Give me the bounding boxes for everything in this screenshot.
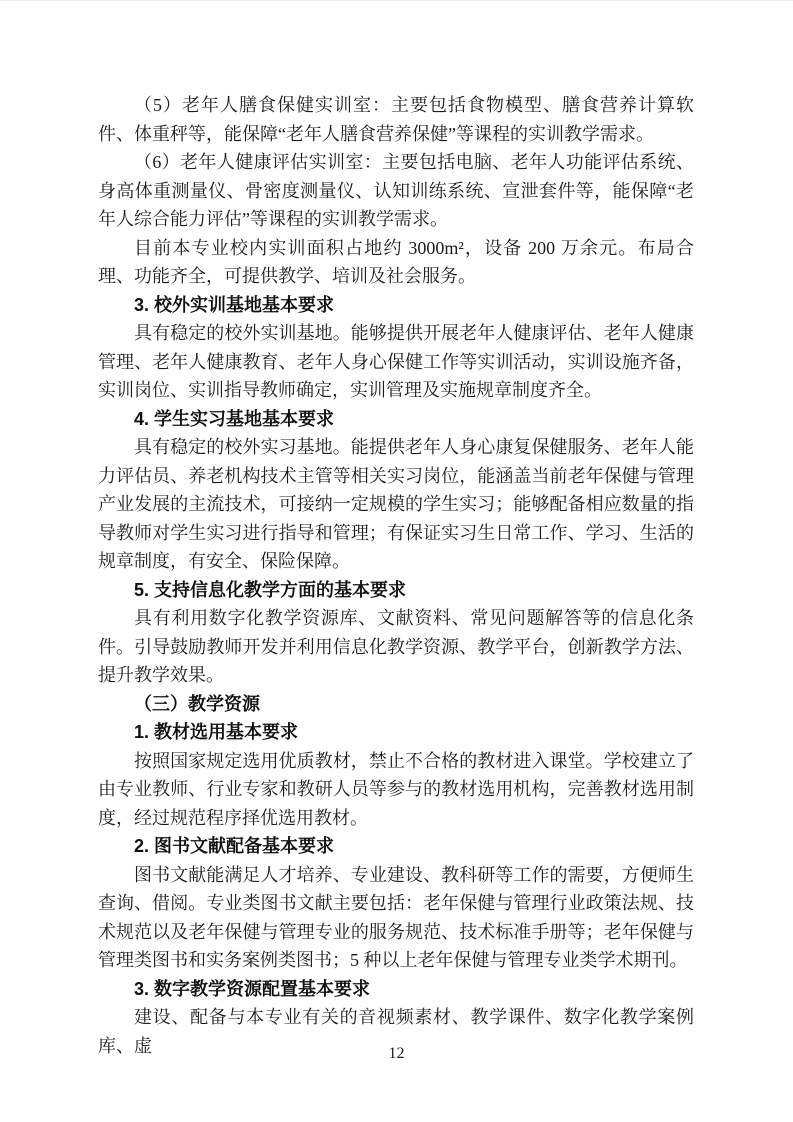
heading-digital-resources: 3. 数字教学资源配置基本要求 <box>98 975 694 1004</box>
paragraph-training-room-5: （5）老年人膳食保健实训室：主要包括食物模型、膳食营养计算软件、体重秤等，能保障… <box>98 91 694 148</box>
paragraph-textbook-selection: 按照国家规定选用优质教材，禁止不合格的教材进入课堂。学校建立了由专业教师、行业专… <box>98 747 694 833</box>
document-page: （5）老年人膳食保健实训室：主要包括食物模型、膳食营养计算软件、体重秤等，能保障… <box>0 0 793 1122</box>
heading-textbook-selection: 1. 教材选用基本要求 <box>98 718 694 747</box>
heading-informatization-teaching: 5. 支持信息化教学方面的基本要求 <box>98 576 694 605</box>
page-footer: 12 <box>0 1043 793 1065</box>
heading-offcampus-training-base: 3. 校外实训基地基本要求 <box>98 291 694 320</box>
heading-library-literature: 2. 图书文献配备基本要求 <box>98 832 694 861</box>
heading-student-internship-base: 4. 学生实习基地基本要求 <box>98 405 694 434</box>
paragraph-student-internship: 具有稳定的校外实习基地。能提供老年人身心康复保健服务、老年人能力评估员、养老机构… <box>98 433 694 576</box>
paragraph-campus-training-area: 目前本专业校内实训面积占地约 3000m²，设备 200 万余元。布局合理、功能… <box>98 234 694 291</box>
paragraph-offcampus-training: 具有稳定的校外实训基地。能够提供开展老年人健康评估、老年人健康管理、老年人健康教… <box>98 319 694 405</box>
page-number: 12 <box>389 1045 405 1062</box>
paragraph-library-literature: 图书文献能满足人才培养、专业建设、教科研等工作的需要，方便师生查询、借阅。专业类… <box>98 861 694 975</box>
document-body: （5）老年人膳食保健实训室：主要包括食物模型、膳食营养计算软件、体重秤等，能保障… <box>98 91 694 1060</box>
paragraph-informatization: 具有利用数字化教学资源库、文献资料、常见问题解答等的信息化条件。引导鼓励教师开发… <box>98 604 694 690</box>
paragraph-training-room-6: （6）老年人健康评估实训室：主要包括电脑、老年人功能评估系统、身高体重测量仪、骨… <box>98 148 694 234</box>
heading-teaching-resources: （三）教学资源 <box>98 690 694 719</box>
